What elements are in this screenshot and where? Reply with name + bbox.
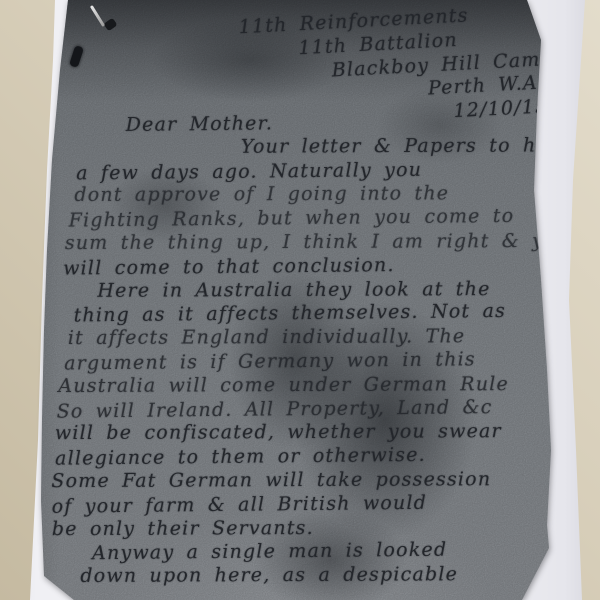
letter-line: dont approve of I going into the xyxy=(74,182,566,208)
letter-line: argument is if Germany won in this xyxy=(64,347,568,376)
photocopy-shadow-wrap: 11th Reinforcements 11th Battalion Black… xyxy=(0,0,600,600)
letter-line: Your letter & Papers to hand xyxy=(241,134,566,159)
photograph-of-letter: 11th Reinforcements 11th Battalion Black… xyxy=(0,0,600,600)
letter-line: be only their Servants. xyxy=(52,515,570,541)
letter-line: will be confiscated, whether you swear xyxy=(55,420,569,446)
letter-line: Here in Australia they look at the xyxy=(97,277,567,303)
photocopied-letter-page: 11th Reinforcements 11th Battalion Black… xyxy=(0,0,600,600)
salutation: Dear Mother. xyxy=(126,109,566,137)
letter-line: will come to that conclusion. xyxy=(63,252,567,281)
letter-line: Some Fat German will take possession xyxy=(51,468,569,494)
letter-line: sum the thing up, I think I am right & y… xyxy=(65,230,567,256)
letter-body: Dear Mother. Your letter & Papers to han… xyxy=(46,109,571,590)
letter-line: down upon here, as a despicable xyxy=(80,563,570,589)
letter-line: of your farm & all British would xyxy=(52,490,570,519)
letter-line: Fighting Ranks, but when you come to xyxy=(69,204,567,233)
